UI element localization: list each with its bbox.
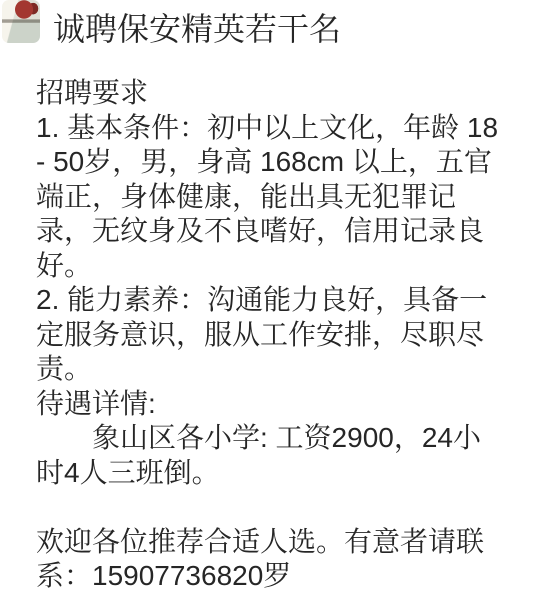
text-line-blank [36,490,528,525]
text-line: 时4人三班倒。 [36,456,528,491]
text-line-salary-detail: 象山区各小学: 工资2900，24小 [36,421,528,456]
text-line: - 50岁，男，身高 168cm 以上，五官 [36,145,528,180]
photo-thumbnail-icon[interactable] [2,0,40,43]
text-line: 录，无纹身及不良嗜好，信用记录良 [36,214,528,249]
text-line-section-heading: 招聘要求 [36,76,528,111]
text-line-contact-phone: 系：15907736820罗 [36,559,528,593]
note-page: 诚聘保安精英若干名 招聘要求 1. 基本条件：初中以上文化，年龄 18 - 50… [0,0,548,593]
text-line: 欢迎各位推荐合适人选。有意者请联 [36,525,528,560]
text-line: 2. 能力素养：沟通能力良好，具备一 [36,283,528,318]
text-line: 定服务意识，服从工作安排，尽职尽 [36,318,528,353]
text-line: 好。 [36,249,528,284]
text-line-salary-heading: 待遇详情: [36,387,528,422]
note-body: 招聘要求 1. 基本条件：初中以上文化，年龄 18 - 50岁，男，身高 168… [36,76,528,593]
note-title: 诚聘保安精英若干名 [53,11,341,48]
text-line: 端正，身体健康，能出具无犯罪记 [36,180,528,215]
text-line: 1. 基本条件：初中以上文化，年龄 18 [36,111,528,146]
text-line: 责。 [36,352,528,387]
